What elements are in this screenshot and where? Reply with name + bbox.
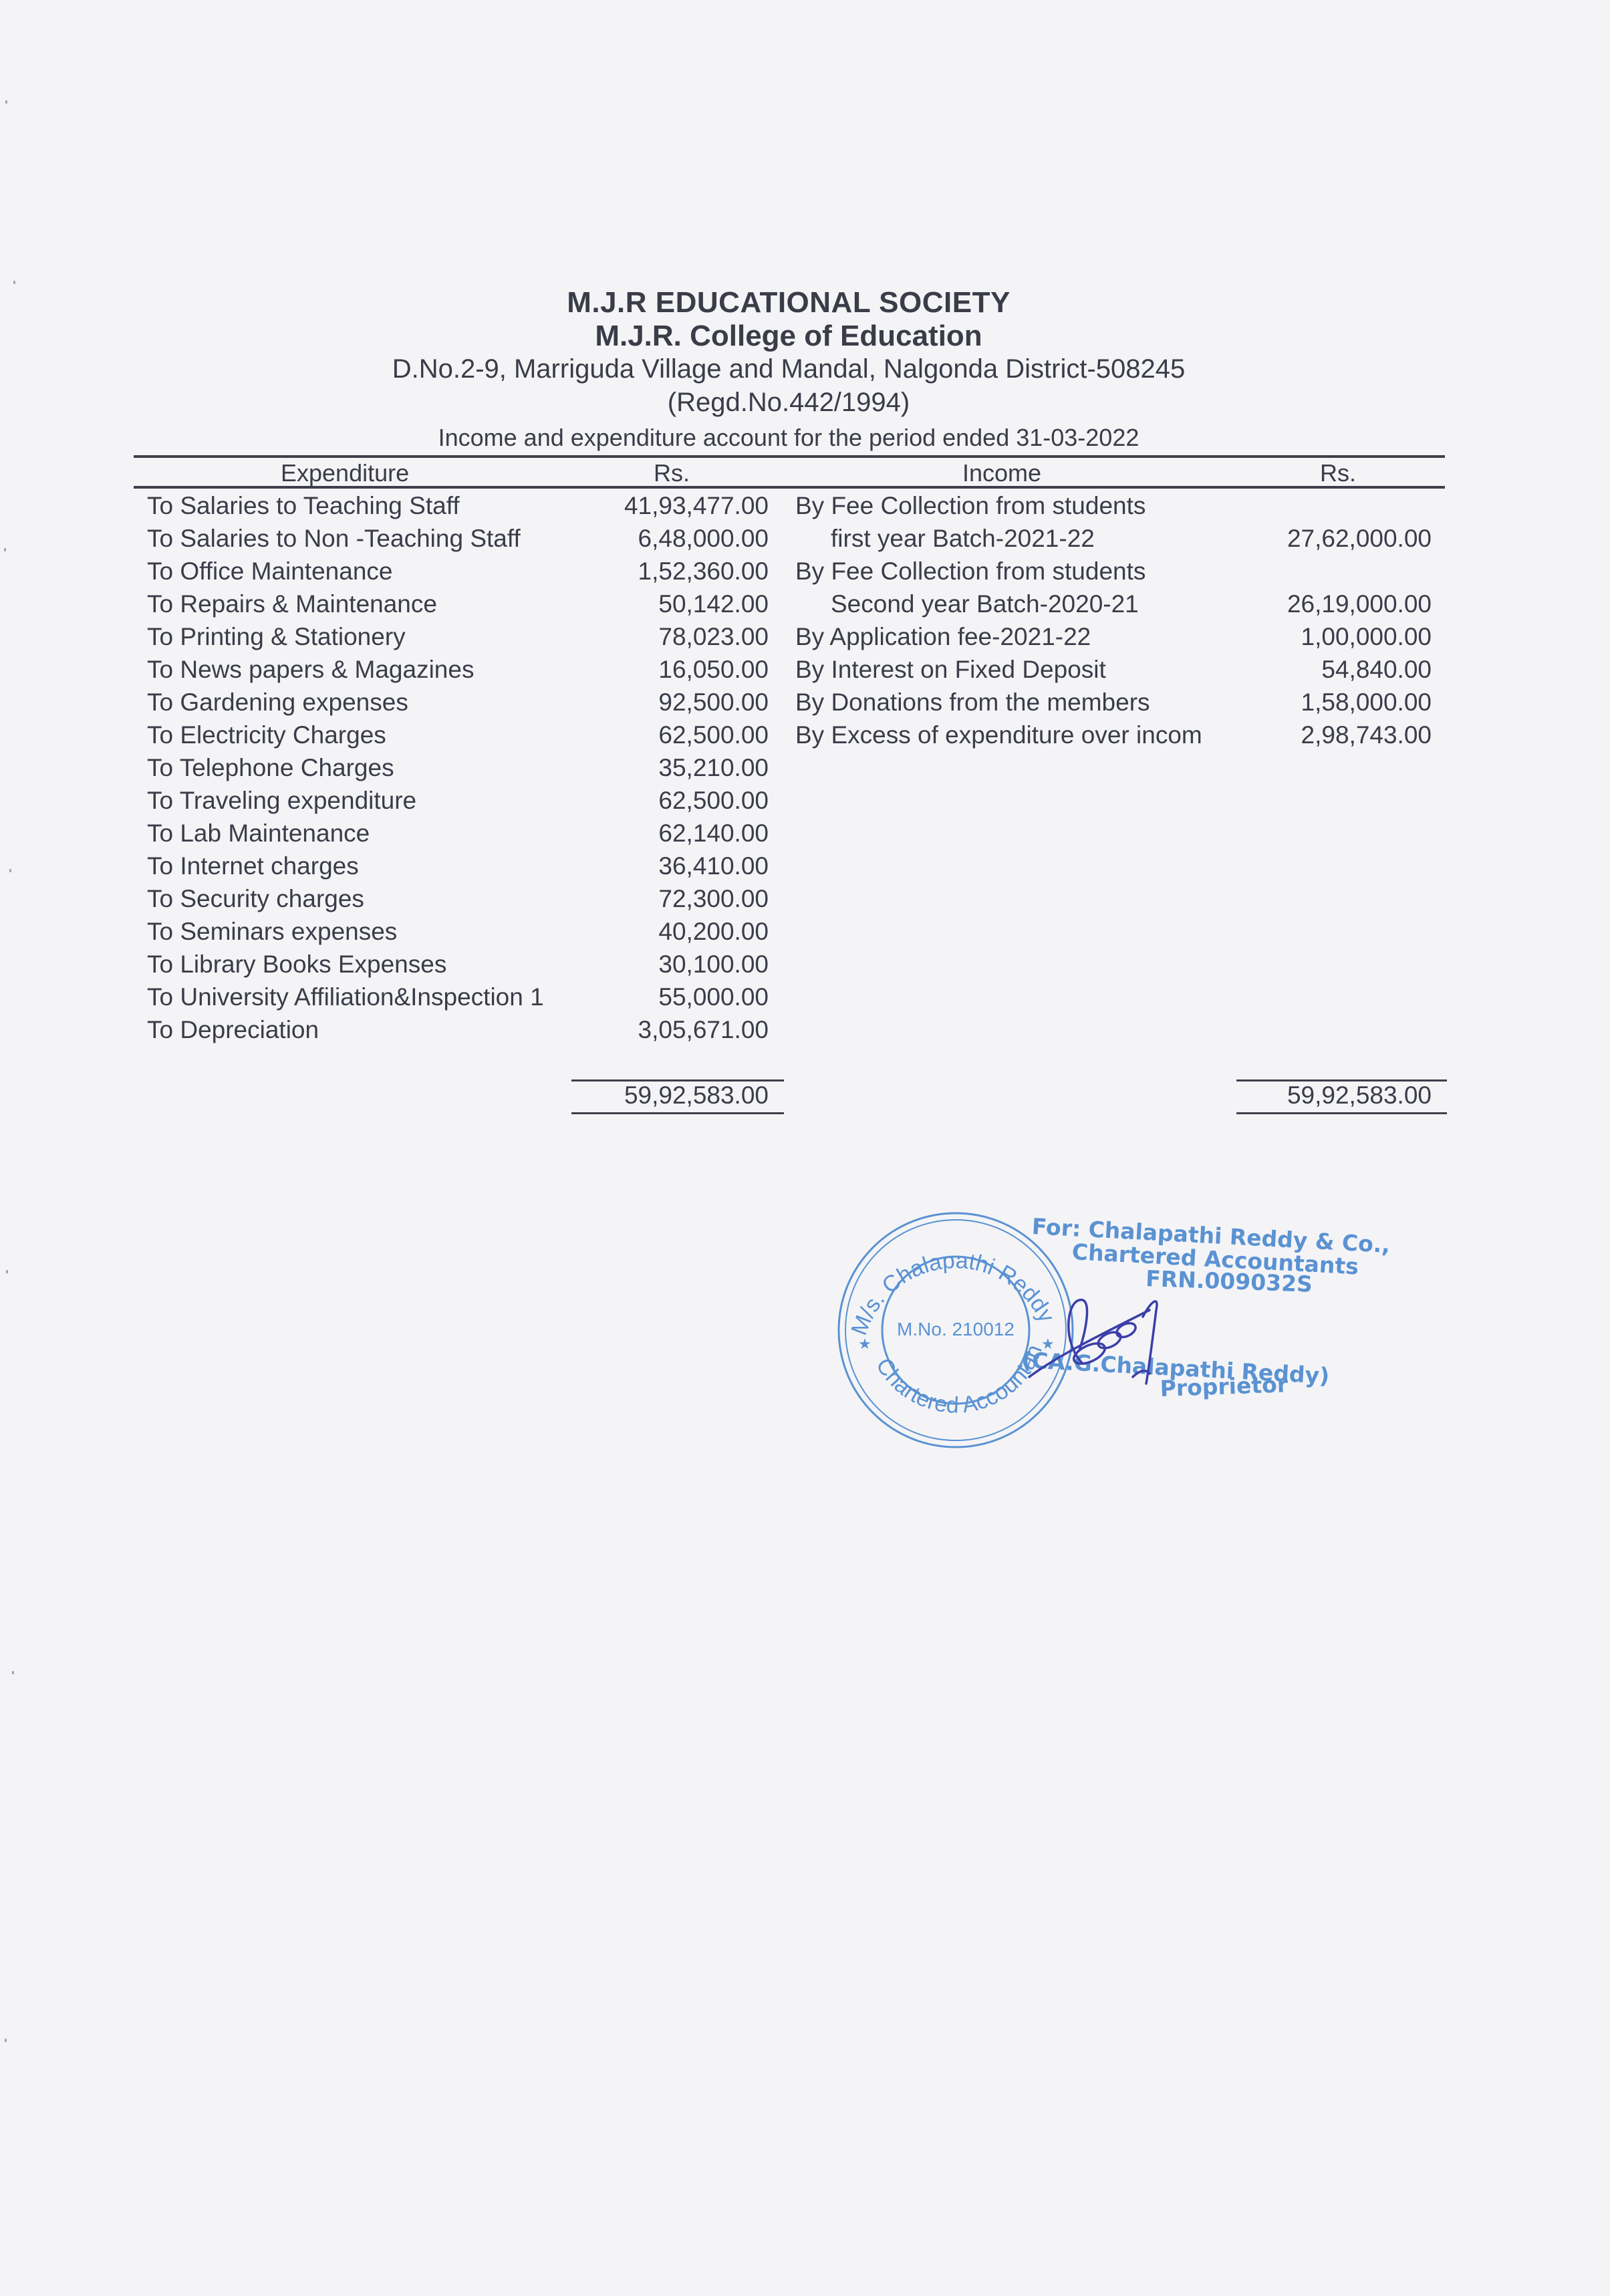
society-name: M.J.R EDUCATIONAL SOCIETY: [0, 286, 1577, 320]
scan-speck: [6, 1270, 8, 1273]
expenditure-item-label: To Seminars expenses: [147, 918, 397, 946]
scan-speck: [12, 1671, 14, 1674]
expenditure-item-label: To Office Maintenance: [147, 557, 392, 586]
expenditure-item-label: To Telephone Charges: [147, 754, 394, 782]
income-item-amount: 2,98,743.00: [1230, 721, 1432, 749]
star-icon: ★: [858, 1335, 871, 1352]
expenditure-item-amount: 50,142.00: [568, 590, 769, 618]
expenditure-item-amount: 62,500.00: [568, 787, 769, 815]
column-header-income: Income: [962, 459, 1041, 487]
expenditure-item-label: To Salaries to Non -Teaching Staff: [147, 525, 521, 553]
expenditure-item-label: To Internet charges: [147, 852, 359, 880]
income-item-amount: 1,58,000.00: [1230, 688, 1432, 717]
expenditure-item-amount: 92,500.00: [568, 688, 769, 717]
income-item-amount: 26,19,000.00: [1230, 590, 1432, 618]
column-header-income-amount: Rs.: [1320, 459, 1356, 487]
scan-speck: [9, 869, 11, 872]
expenditure-item-label: To Printing & Stationery: [147, 623, 406, 651]
column-header-expenditure: Expenditure: [281, 459, 409, 487]
seal-membership-number: M.No. 210012: [897, 1319, 1015, 1340]
expenditure-total: 59,92,583.00: [571, 1081, 769, 1110]
income-item-label: By Fee Collection from students: [795, 492, 1146, 520]
expenditure-total-bottom-rule: [571, 1112, 784, 1114]
income-item-label: By Fee Collection from students: [795, 557, 1146, 586]
address: D.No.2-9, Marriguda Village and Mandal, …: [0, 354, 1577, 384]
expenditure-item-amount: 36,410.00: [568, 852, 769, 880]
expenditure-item-amount: 41,93,477.00: [568, 492, 769, 520]
expenditure-item-label: To Library Books Expenses: [147, 950, 446, 979]
statement-title: Income and expenditure account for the p…: [0, 424, 1577, 452]
income-total-bottom-rule: [1236, 1112, 1447, 1114]
expenditure-item-amount: 72,300.00: [568, 885, 769, 913]
income-item-amount: 1,00,000.00: [1230, 623, 1432, 651]
income-item-label: By Interest on Fixed Deposit: [795, 656, 1106, 684]
registration-number: (Regd.No.442/1994): [0, 388, 1577, 418]
scan-speck: [5, 2039, 7, 2042]
expenditure-item-amount: 78,023.00: [568, 623, 769, 651]
expenditure-item-label: To Gardening expenses: [147, 688, 408, 717]
expenditure-item-label: To Lab Maintenance: [147, 819, 370, 848]
scan-speck: [5, 100, 7, 104]
expenditure-item-label: To Repairs & Maintenance: [147, 590, 437, 618]
table-top-rule: [134, 455, 1445, 458]
expenditure-item-label: To Salaries to Teaching Staff: [147, 492, 460, 520]
scan-speck: [13, 281, 15, 284]
college-name: M.J.R. College of Education: [0, 320, 1577, 353]
expenditure-item-amount: 6,48,000.00: [568, 525, 769, 553]
income-item-label: first year Batch-2021-22: [831, 525, 1095, 553]
income-item-label: By Donations from the members: [795, 688, 1150, 717]
handwritten-signature: [1016, 1290, 1190, 1397]
expenditure-item-label: To Depreciation: [147, 1016, 319, 1044]
column-header-expenditure-amount: Rs.: [654, 459, 690, 487]
income-item-label: By Excess of expenditure over incom: [795, 721, 1202, 749]
expenditure-item-amount: 30,100.00: [568, 950, 769, 979]
expenditure-item-amount: 16,050.00: [568, 656, 769, 684]
income-item-label: By Application fee-2021-22: [795, 623, 1091, 651]
income-item-amount: 54,840.00: [1230, 656, 1432, 684]
expenditure-item-label: To Electricity Charges: [147, 721, 386, 749]
expenditure-item-amount: 55,000.00: [568, 983, 769, 1011]
expenditure-item-amount: 1,52,360.00: [568, 557, 769, 586]
scan-speck: [4, 548, 6, 551]
expenditure-item-amount: 35,210.00: [568, 754, 769, 782]
expenditure-item-amount: 62,500.00: [568, 721, 769, 749]
income-total: 59,92,583.00: [1236, 1081, 1432, 1110]
expenditure-item-label: To Traveling expenditure: [147, 787, 416, 815]
expenditure-item-label: To Security charges: [147, 885, 364, 913]
expenditure-item-label: To University Affiliation&Inspection 1: [147, 983, 544, 1011]
income-item-label: Second year Batch-2020-21: [831, 590, 1139, 618]
expenditure-item-label: To News papers & Magazines: [147, 656, 474, 684]
income-item-amount: 27,62,000.00: [1230, 525, 1432, 553]
expenditure-item-amount: 3,05,671.00: [568, 1016, 769, 1044]
expenditure-item-amount: 62,140.00: [568, 819, 769, 848]
expenditure-item-amount: 40,200.00: [568, 918, 769, 946]
